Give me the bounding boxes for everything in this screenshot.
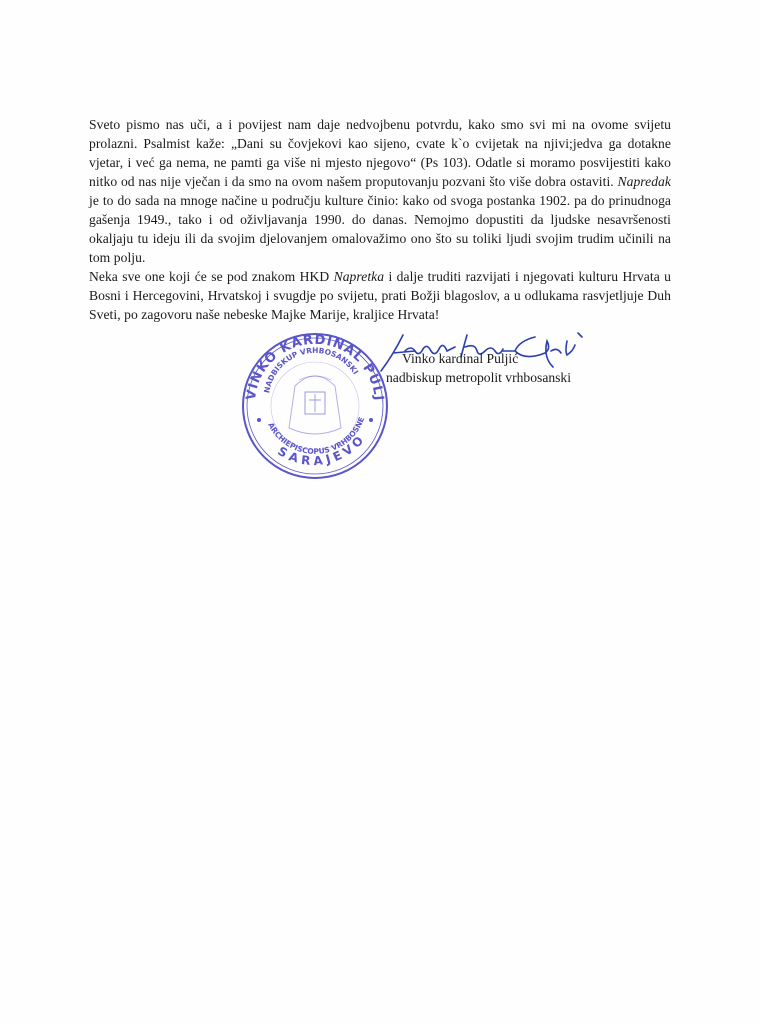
- signatory-title: nadbiskup metropolit vrhbosanski: [386, 370, 571, 386]
- napretka-italic: Napretka: [334, 269, 385, 284]
- svg-text:VINKO KARDINAL PULJIĆ: VINKO KARDINAL PULJIĆ: [237, 330, 386, 402]
- paragraph-text: je to do sada na mnoge načine u području…: [89, 193, 671, 265]
- signatory-name: Vinko kardinal Puljić: [402, 351, 518, 367]
- paragraph-scripture: Sveto pismo nas uči, a i povijest nam da…: [89, 115, 671, 267]
- official-stamp: VINKO KARDINAL PULJIĆ NADBISKUP VRHBOSAN…: [237, 330, 393, 480]
- paragraph-text: Sveto pismo nas uči, a i povijest nam da…: [89, 117, 671, 189]
- paragraph-blessing: Neka sve one koji će se pod znakom HKD N…: [89, 267, 671, 324]
- document-page: Sveto pismo nas uči, a i povijest nam da…: [0, 0, 760, 1024]
- paragraph-text: Neka sve one koji će se pod znakom HKD: [89, 269, 334, 284]
- napredak-italic: Napredak: [617, 174, 671, 189]
